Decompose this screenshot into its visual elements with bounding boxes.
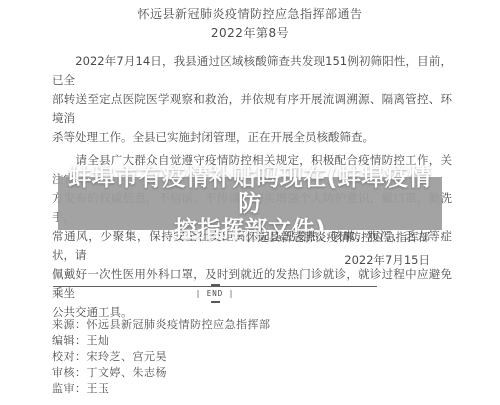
article-end-divider: | END | xyxy=(53,280,377,306)
notice-title: 怀远县新冠肺炎疫情防控应急指挥部通告 xyxy=(0,7,500,22)
notice-document: 怀远县新冠肺炎疫情防控应急指挥部通告 2022年第8号 2022年7月14日，我… xyxy=(0,0,500,405)
end-tick-bottom xyxy=(211,301,220,303)
signature-block: 怀远县新冠肺炎疫情防控应急指挥部 2022年7月15日 xyxy=(246,230,430,267)
credit-row-proofread: 校对：宋玲芝、宫元昊 xyxy=(52,349,452,365)
credit-row-supervisor: 监审：王玉 xyxy=(52,381,452,397)
footer-credits: 来源：怀远县新冠肺炎疫情防控应急指挥部 编辑：王灿 校对：宋玲芝、宫元昊 审核：… xyxy=(52,317,452,397)
credit-row-review: 审核：丁文婷、朱志杨 xyxy=(52,365,452,381)
notice-paragraph-1: 2022年7月14日，我县通过区域核酸筛查共发现151例初筛阳性，目前，已全 部… xyxy=(52,52,452,147)
seo-overlay-band: 蚌埠市有疫情补贴吗现在(蚌埠疫情防 控指挥部文件) xyxy=(58,177,442,230)
end-marker-label: | END | xyxy=(185,289,245,298)
credit-row-source: 来源：怀远县新冠肺炎疫情防控应急指挥部 xyxy=(52,317,452,333)
end-ornament: | END | xyxy=(185,280,245,303)
end-tick-top xyxy=(211,284,220,286)
notice-issue-number: 2022年第8号 xyxy=(0,26,500,41)
signature-date: 2022年7月15日 xyxy=(246,253,430,267)
document-header: 怀远县新冠肺炎疫情防控应急指挥部通告 2022年第8号 xyxy=(0,7,500,41)
signature-organization: 怀远县新冠肺炎疫情防控应急指挥部 xyxy=(246,230,430,244)
credit-row-editor: 编辑：王灿 xyxy=(52,333,452,349)
